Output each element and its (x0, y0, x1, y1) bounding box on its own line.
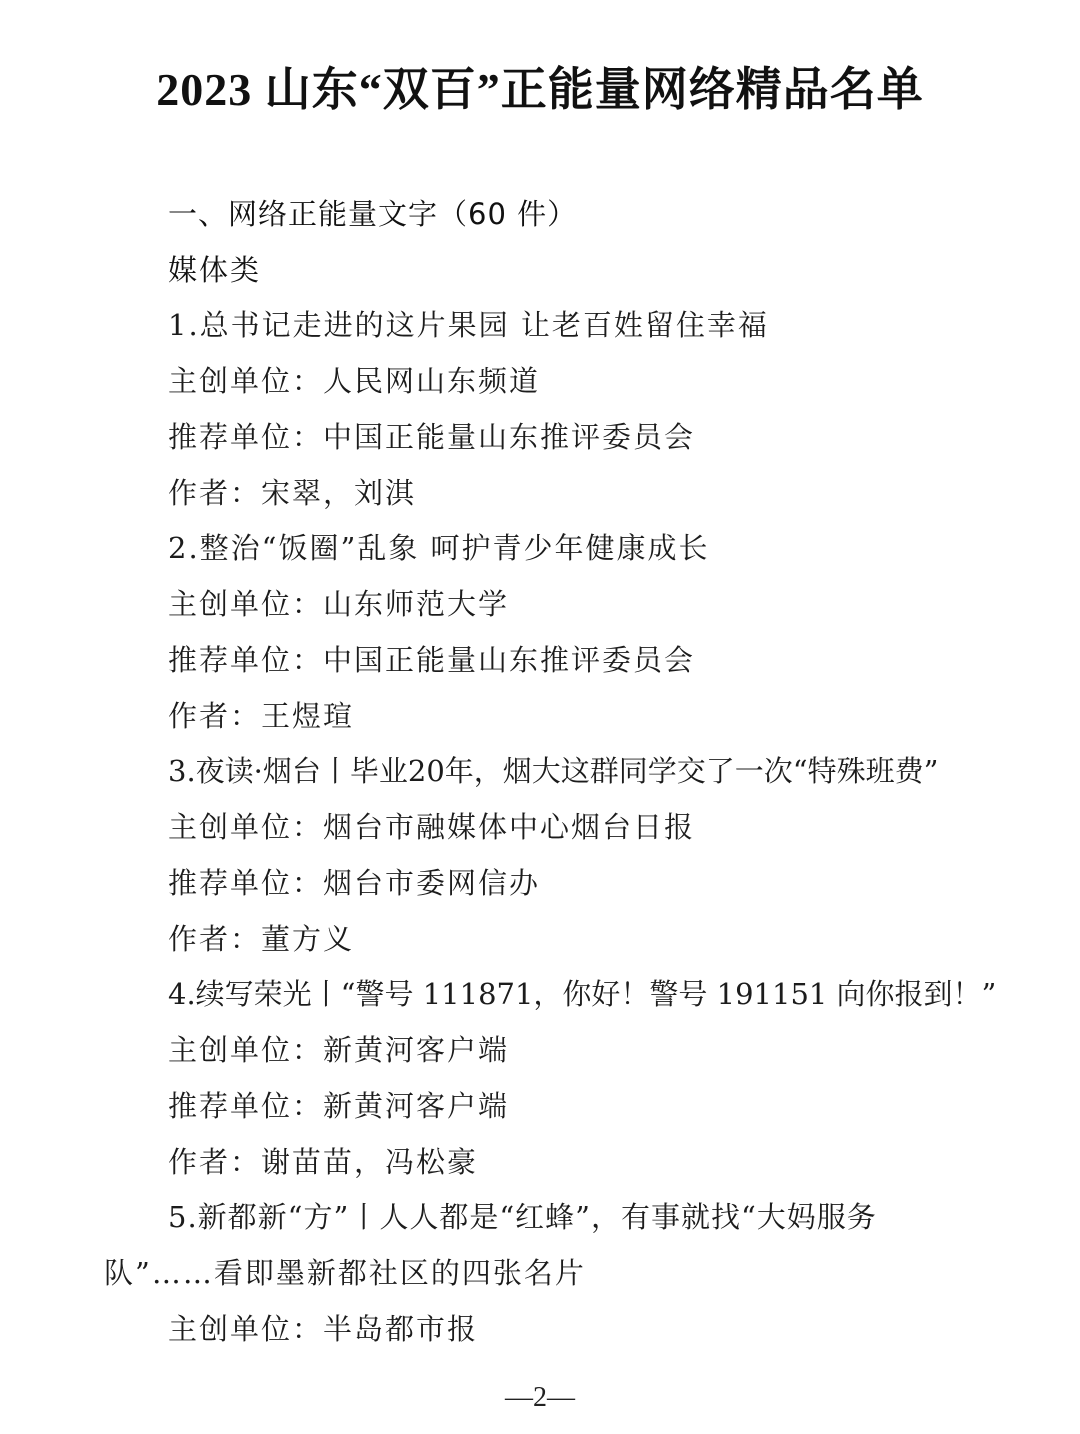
entry-creator: 主创单位：山东师范大学 (168, 584, 509, 624)
entry-recommender: 推荐单位：新黄河客户端 (168, 1086, 509, 1126)
entry-author: 作者：董方义 (168, 919, 354, 959)
entry-author: 作者：宋翠，刘淇 (168, 473, 416, 513)
entry-title: 4.续写荣光丨“警号 111871，你好！警号 191151 向你报到！” (168, 974, 996, 1014)
entry-title: 1.总书记走进的这片果园 让老百姓留住幸福 (168, 305, 769, 345)
entry-recommender: 推荐单位：烟台市委网信办 (168, 863, 540, 903)
category-heading: 媒体类 (168, 250, 261, 290)
entry-title-line-1: 5.新都新“方”丨人人都是“红蜂”，有事就找“大妈服务 (168, 1197, 877, 1237)
entry-title: 3.夜读·烟台丨毕业20年，烟大这群同学交了一次“特殊班费” (168, 751, 938, 791)
entry-title-line-2: 队”……看即墨新都社区的四张名片 (104, 1253, 586, 1293)
page-title: 2023 山东“双百”正能量网络精品名单 (0, 62, 1080, 118)
entry-creator: 主创单位：新黄河客户端 (168, 1030, 509, 1070)
page-number: —2— (0, 1378, 1080, 1418)
entry-author: 作者：谢苗苗，冯松豪 (168, 1142, 478, 1182)
entry-creator: 主创单位：烟台市融媒体中心烟台日报 (168, 807, 695, 847)
entry-creator: 主创单位：人民网山东频道 (168, 361, 540, 401)
entry-title: 2.整治“饭圈”乱象 呵护青少年健康成长 (168, 528, 710, 568)
entry-author: 作者：王煜瑄 (168, 696, 354, 736)
entry-recommender: 推荐单位：中国正能量山东推评委员会 (168, 640, 695, 680)
section-heading: 一、网络正能量文字（60 件） (168, 194, 577, 234)
entry-recommender: 推荐单位：中国正能量山东推评委员会 (168, 417, 695, 457)
entry-creator: 主创单位：半岛都市报 (168, 1309, 478, 1349)
